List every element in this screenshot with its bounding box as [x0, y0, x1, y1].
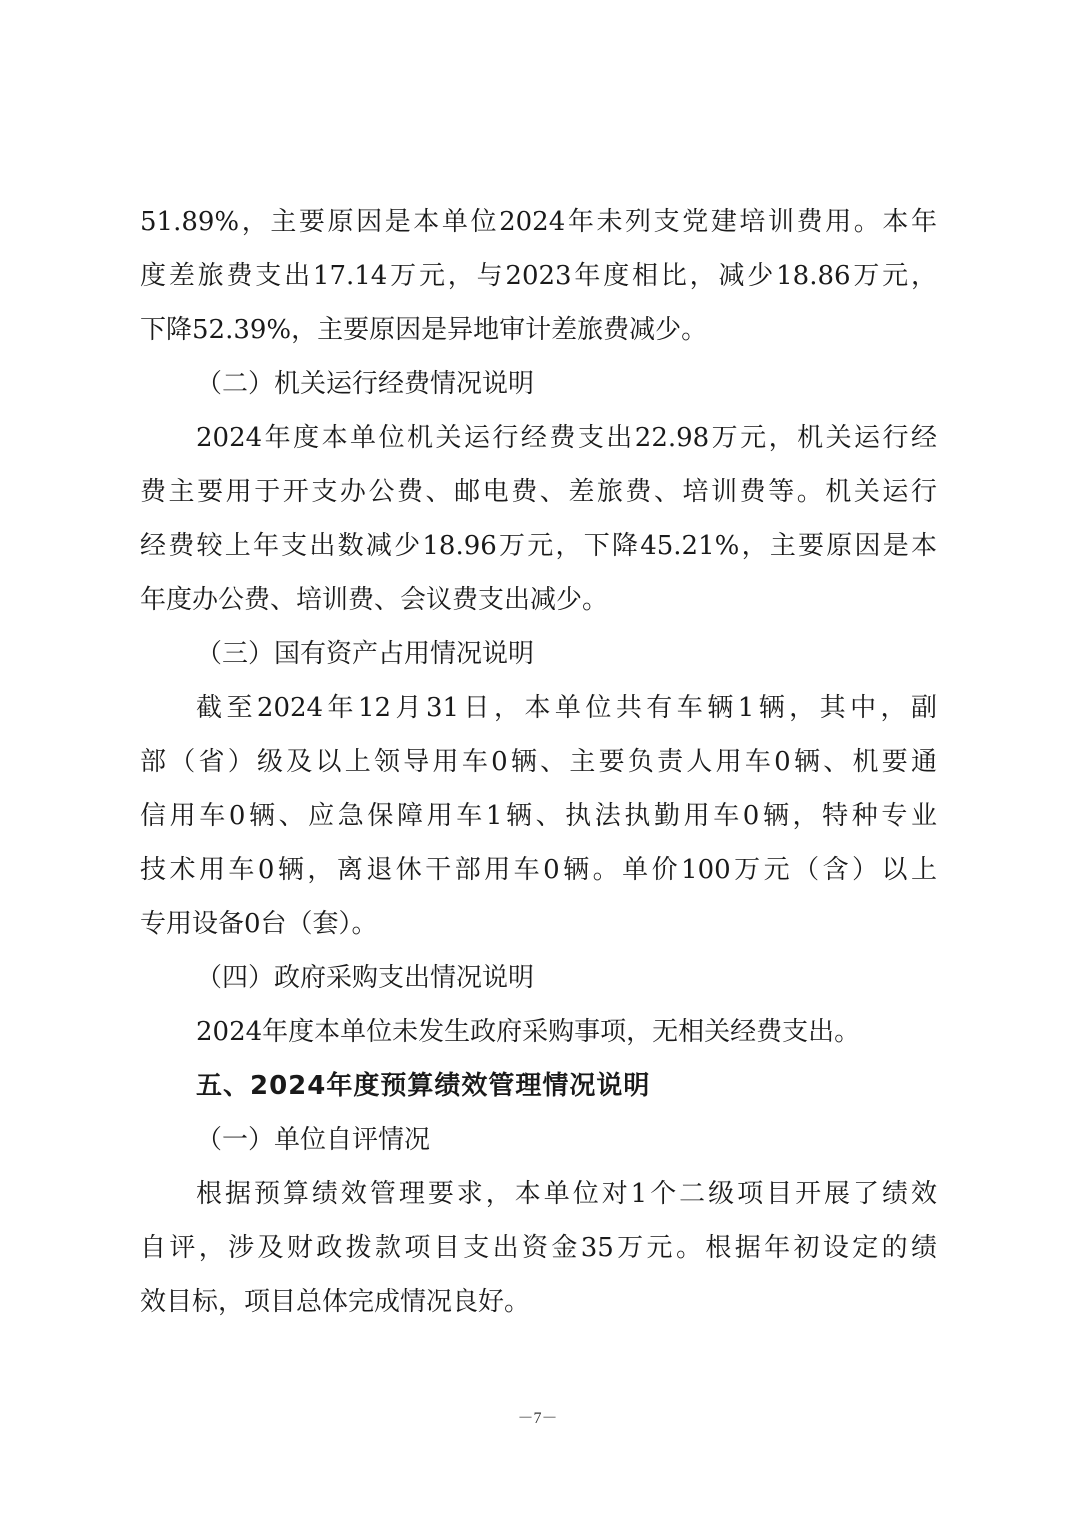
section-heading: （三）国有资产占用情况说明 — [196, 627, 937, 681]
page-number: －7－ — [0, 1405, 1075, 1428]
paragraph-line: 费主要用于开支办公费、邮电费、差旅费、培训费等。机关运行 — [140, 465, 937, 519]
paragraph-line: 年度办公费、培训费、会议费支出减少。 — [140, 573, 937, 627]
paragraph-line: 效目标，项目总体完成情况良好。 — [140, 1275, 937, 1329]
paragraph-line: 2024年度本单位未发生政府采购事项，无相关经费支出。 — [196, 1005, 937, 1059]
paragraph-line: 截至2024年12月31日，本单位共有车辆1辆，其中，副 — [196, 681, 937, 735]
paragraph-line: 信用车0辆、应急保障用车1辆、执法执勤用车0辆，特种专业 — [140, 789, 937, 843]
paragraph-line: 2024年度本单位机关运行经费支出22.98万元，机关运行经 — [196, 411, 937, 465]
paragraph-line: 根据预算绩效管理要求，本单位对1个二级项目开展了绩效 — [196, 1167, 937, 1221]
document-page: 51.89%，主要原因是本单位2024年未列支党建培训费用。本年 度差旅费支出1… — [0, 0, 1075, 1520]
paragraph-line: 度差旅费支出17.14万元，与2023年度相比，减少18.86万元， — [140, 249, 937, 303]
paragraph-line: 部（省）级及以上领导用车0辆、主要负责人用车0辆、机要通 — [140, 735, 937, 789]
paragraph-line: 技术用车0辆，离退休干部用车0辆。单价100万元（含）以上 — [140, 843, 937, 897]
section-heading: （四）政府采购支出情况说明 — [196, 951, 937, 1005]
paragraph-line: 自评，涉及财政拨款项目支出资金35万元。根据年初设定的绩 — [140, 1221, 937, 1275]
paragraph-line: 51.89%，主要原因是本单位2024年未列支党建培训费用。本年 — [140, 195, 937, 249]
chapter-heading: 五、2024年度预算绩效管理情况说明 — [196, 1059, 937, 1113]
paragraph-line: 下降52.39%，主要原因是异地审计差旅费减少。 — [140, 303, 937, 357]
paragraph-line: 专用设备0台（套）。 — [140, 897, 937, 951]
section-heading: （二）机关运行经费情况说明 — [196, 357, 937, 411]
section-heading: （一）单位自评情况 — [196, 1113, 937, 1167]
paragraph-line: 经费较上年支出数减少18.96万元，下降45.21%，主要原因是本 — [140, 519, 937, 573]
